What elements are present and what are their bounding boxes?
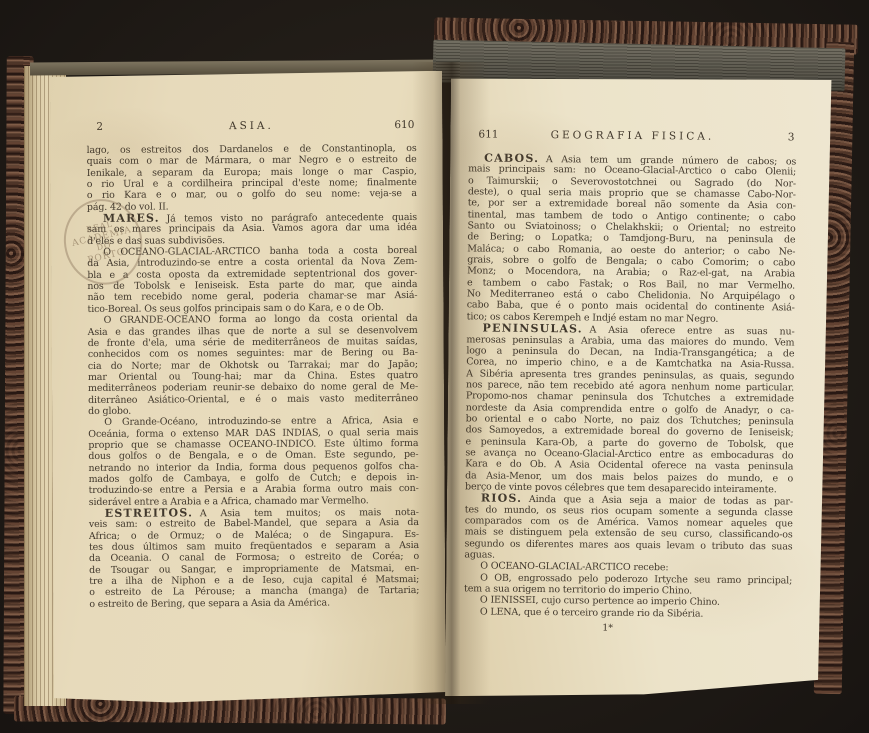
paragraph: O OB, engrossado pelo poderozo Irtyche s… — [464, 572, 792, 598]
paragraph: CABOS. A Asia tem um grande número de ca… — [467, 152, 797, 325]
running-title: ASIA. — [86, 119, 416, 133]
paragraph: lago, os estreitos dos Dardanelos e de C… — [87, 143, 417, 213]
book-scan-scene: REAL ACADEMIA DO PORTO 2 ASIA. 610 lago,… — [0, 0, 869, 733]
paragraph: ESTREITOS. A Asia tem muitos; os mais no… — [89, 506, 420, 610]
paragraph: RIOS. Ainda que a Asia seja a maior de t… — [464, 493, 793, 564]
signature-mark: 1* — [464, 621, 792, 635]
running-title: GEOGRAFIA FISICA. — [468, 128, 796, 143]
page-header: 611 GEOGRAFIA FISICA. 3 — [468, 128, 796, 145]
right-page: 611 GEOGRAFIA FISICA. 3 CABOS. A Asia te… — [445, 76, 833, 700]
paragraph: PENINSULAS. A Asia oferece entre as suas… — [465, 322, 795, 495]
text-line: o rio Kara e o mar, ou o golfo do seu no… — [87, 188, 417, 201]
text-column: CABOS. A Asia tem um grande número de ca… — [464, 152, 796, 620]
text-column: lago, os estreitos dos Dardanelos e de C… — [87, 143, 420, 610]
text-line: o estreito de Bering, que separa a Asia … — [89, 597, 419, 610]
left-page: REAL ACADEMIA DO PORTO 2 ASIA. 610 lago,… — [50, 71, 446, 703]
paragraph: O GRANDE-OCEANO forma ao longo da costa … — [88, 313, 419, 417]
page-header: 2 ASIA. 610 — [86, 119, 416, 135]
section-heading: RIOS. — [481, 493, 529, 506]
paragraph: O Grande-Océano, introduzindo-se entre a… — [88, 415, 419, 508]
text-line: troduzindo-se entre a Persia e a Arabia … — [89, 483, 419, 496]
folio-number: 611 — [478, 128, 498, 140]
paragraph: O LENA, que é o terceiro grande rio da S… — [464, 606, 792, 620]
text-line: diterrâneo Asiático-Oriental, e é o mais… — [88, 393, 418, 406]
text-line: O LENA, que é o terceiro grande rio da S… — [464, 606, 792, 620]
section-heading: ESTREITOS. — [105, 506, 200, 519]
page-number: 3 — [788, 131, 795, 143]
page-number: 2 — [96, 121, 103, 133]
folio-number: 610 — [394, 119, 414, 131]
text-line: o estreito de La Pérouse; a mancha (mang… — [89, 585, 419, 598]
